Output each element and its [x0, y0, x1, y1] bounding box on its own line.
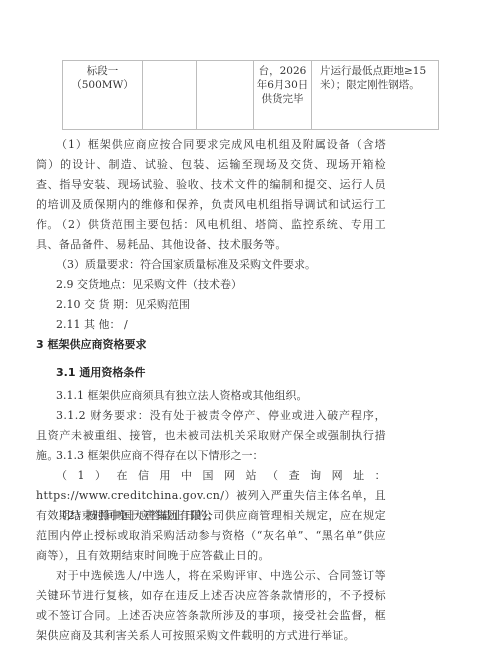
item-2-11: 2.11 其 他： /: [56, 315, 128, 335]
paragraph-scope-2: （2）供货范围主要包括：风电机组、塔筒、监控系统、专用工具、备品备件、易耗品、其…: [36, 215, 386, 255]
table-cell-section: 标段一（500MW）: [63, 61, 143, 130]
table-cell-requirement: 片运行最低点距地≥15米）；限定刚性钢塔。: [312, 61, 439, 130]
paragraph-quality: （3）质量要求：符合国家质量标准及采购文件要求。: [56, 255, 316, 275]
item-2-9: 2.9 交货地点：见采购文件（技术卷）: [56, 275, 242, 295]
table-cell: [197, 61, 254, 130]
item-3-1-3: 3.1.3 框架供应商不得存在以下情形之一：: [56, 446, 263, 466]
section-heading-3: 3 框架供应商资格要求: [36, 336, 146, 352]
table-cell-delivery: 台，2026年6月30日供货完毕: [254, 61, 312, 130]
paragraph-blacklist: （2）按照中国大唐集团有限公司供应商管理相关规定，应在规定范围内停止授标或取消采…: [36, 506, 386, 566]
table-cell: [143, 61, 197, 130]
item-2-10: 2.10 交 货 期：见采购范围: [56, 295, 190, 315]
spec-table: 标段一（500MW） 台，2026年6月30日供货完毕 片运行最低点距地≥15米…: [62, 60, 439, 130]
document-page: 标段一（500MW） 台，2026年6月30日供货完毕 片运行最低点距地≥15米…: [0, 0, 500, 646]
item-3-1-1: 3.1.1 框架供应商须具有独立法人资格或其他组织。: [56, 386, 307, 406]
table-row: 标段一（500MW） 台，2026年6月30日供货完毕 片运行最低点距地≥15米…: [63, 61, 439, 130]
section-heading-3-1: 3.1 通用资格条件: [56, 364, 145, 380]
paragraph-review: 对于中选候选人/中选人，将在采购评审、中选公示、合同签订等关键环节进行复核，如存…: [36, 566, 386, 646]
